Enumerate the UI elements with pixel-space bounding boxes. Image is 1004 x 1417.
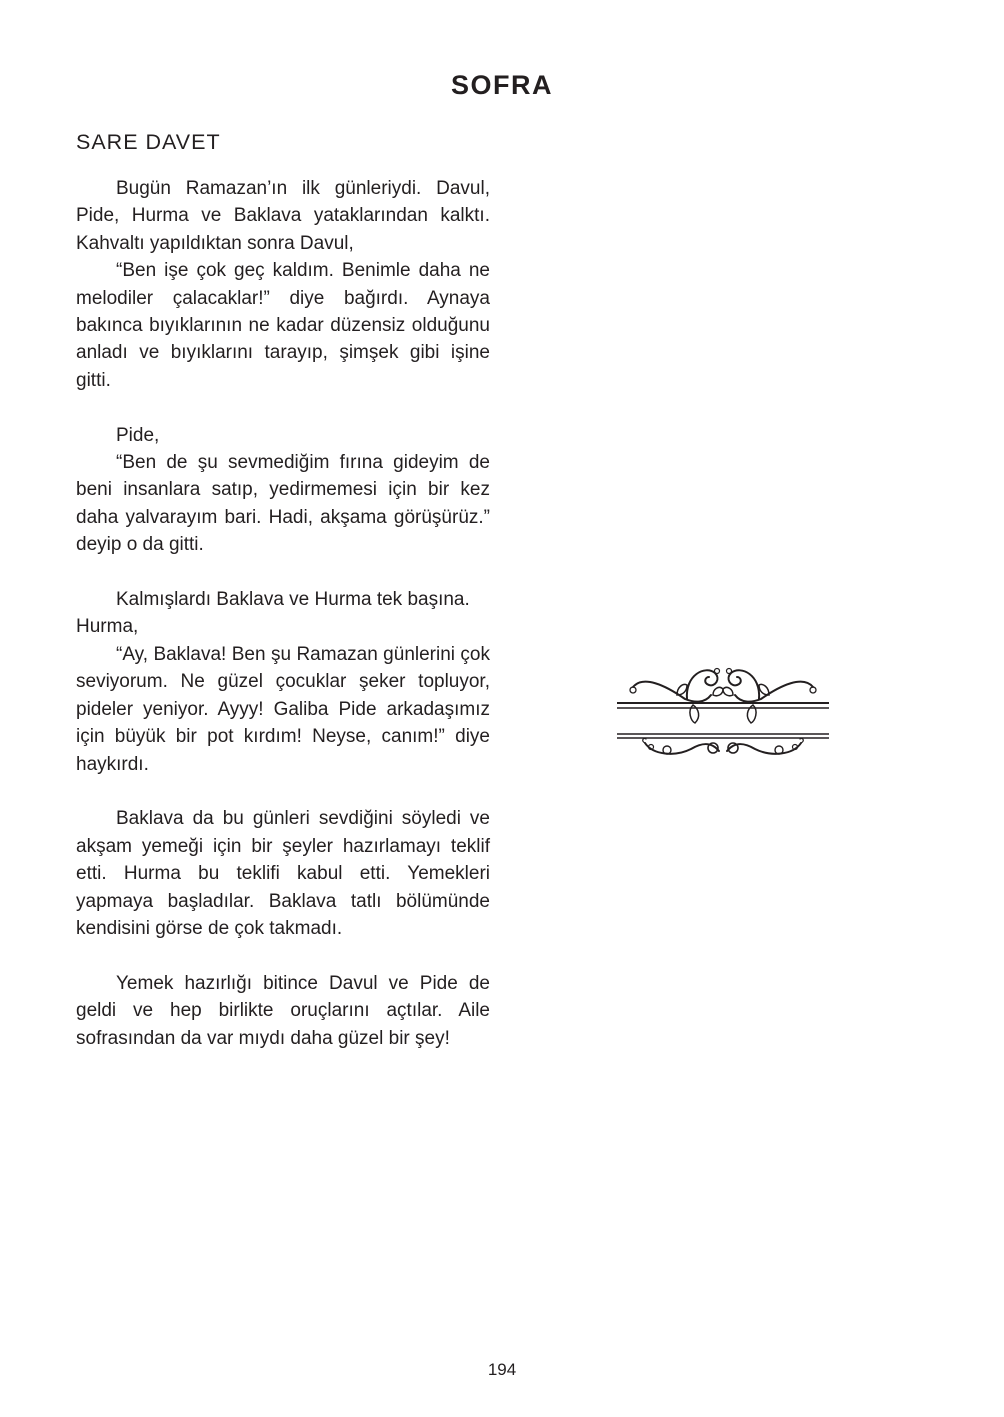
paragraph-gap — [76, 559, 490, 586]
paragraph: Yemek hazırlığı bitince Davul ve Pide de… — [76, 970, 490, 1052]
paragraph: “Ben işe çok geç kaldım. Benimle daha ne… — [76, 257, 490, 394]
paragraph: Kalmışlardı Baklava ve Hurma tek başına. — [76, 586, 490, 613]
paragraph: Pide, — [76, 422, 490, 449]
author-name: SARE DAVET — [76, 130, 221, 155]
paragraph: Bugün Ramazan’ın ilk günleriydi. Davul, … — [76, 175, 490, 257]
paragraph: “Ben de şu sevmediğim fırına gideyim de … — [76, 449, 490, 559]
paragraph-gap — [76, 942, 490, 969]
paragraph: Hurma, — [76, 613, 490, 640]
paragraph: “Ay, Baklava! Ben şu Ramazan günlerini ç… — [76, 641, 490, 778]
paragraph-gap — [76, 394, 490, 421]
page-number: 194 — [0, 1360, 1004, 1380]
story-title: SOFRA — [0, 70, 1004, 101]
floral-divider-ornament-icon — [615, 655, 831, 765]
paragraph: Baklava da bu günleri sevdiğini söyledi … — [76, 805, 490, 942]
paragraph-gap — [76, 778, 490, 805]
story-body: Bugün Ramazan’ın ilk günleriydi. Davul, … — [76, 175, 490, 1052]
